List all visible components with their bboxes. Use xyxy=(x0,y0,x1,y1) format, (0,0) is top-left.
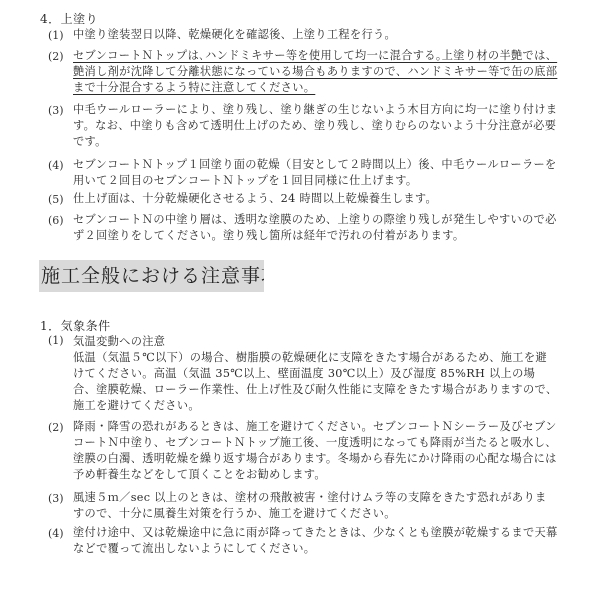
section-heading-topcoat: 4．上塗り xyxy=(40,10,98,27)
item-text: 中塗り塗装翌日以降、乾燥硬化を確認後、上塗り工程を行う。 xyxy=(73,27,558,43)
item-text: セブンコートＮの中塗り層は、透明な塗膜のため、上塗りの際塗り残しが発生しやすいの… xyxy=(73,212,558,244)
item-number: (5) xyxy=(48,193,64,206)
item-text: 降雨・降雪の恐れがあるときは、施工を避けてください。セブンコートＮシーラー及びセ… xyxy=(73,419,558,483)
general-notes-title: 施工全般における注意事項 xyxy=(39,260,264,292)
item-text: 仕上げ面は、十分乾燥硬化させるよう、24 時間以上乾燥養生します。 xyxy=(73,191,558,207)
item-text: 中毛ウールローラーにより、塗り残し、塗り継ぎの生じないよう木目方向に均一に塗り付… xyxy=(73,102,558,150)
item-number: (2) xyxy=(48,50,64,63)
item-number: (1) xyxy=(48,334,64,347)
item-number: (4) xyxy=(48,159,64,172)
item-text: 低温（気温５℃以下）の場合、樹脂膜の乾燥硬化に支障をきたす場合があるため、施工を… xyxy=(73,350,558,414)
item-number: (3) xyxy=(48,492,64,505)
section-heading-weather: 1．気象条件 xyxy=(40,317,111,334)
item-label: 気温変動への注意 xyxy=(73,333,165,349)
item-number: (4) xyxy=(48,527,64,540)
item-number: (6) xyxy=(48,214,64,227)
item-text: 塗付け途中、又は乾燥途中に急に雨が降ってきたときは、少なくとも塗膜が乾燥するまで… xyxy=(73,525,558,557)
item-number: (3) xyxy=(48,104,64,117)
item-number: (2) xyxy=(48,421,64,434)
item-number: (1) xyxy=(48,29,64,42)
item-text: 風速５ｍ／sec 以上のときは、塗材の飛散被害・塗付けムラ等の支障をきたす恐れが… xyxy=(73,490,558,522)
document-page: 4．上塗り (1) 中塗り塗装翌日以降、乾燥硬化を確認後、上塗り工程を行う。 (… xyxy=(0,0,600,600)
item-text: セブンコートＮトップ１回塗り面の乾燥（目安として２時間以上）後、中毛ウールローラ… xyxy=(73,157,558,189)
item-text-underlined: セブンコートＮトップは､ハンドミキサー等を使用して均一に混合する｡上塗り材の半艶… xyxy=(73,48,558,96)
